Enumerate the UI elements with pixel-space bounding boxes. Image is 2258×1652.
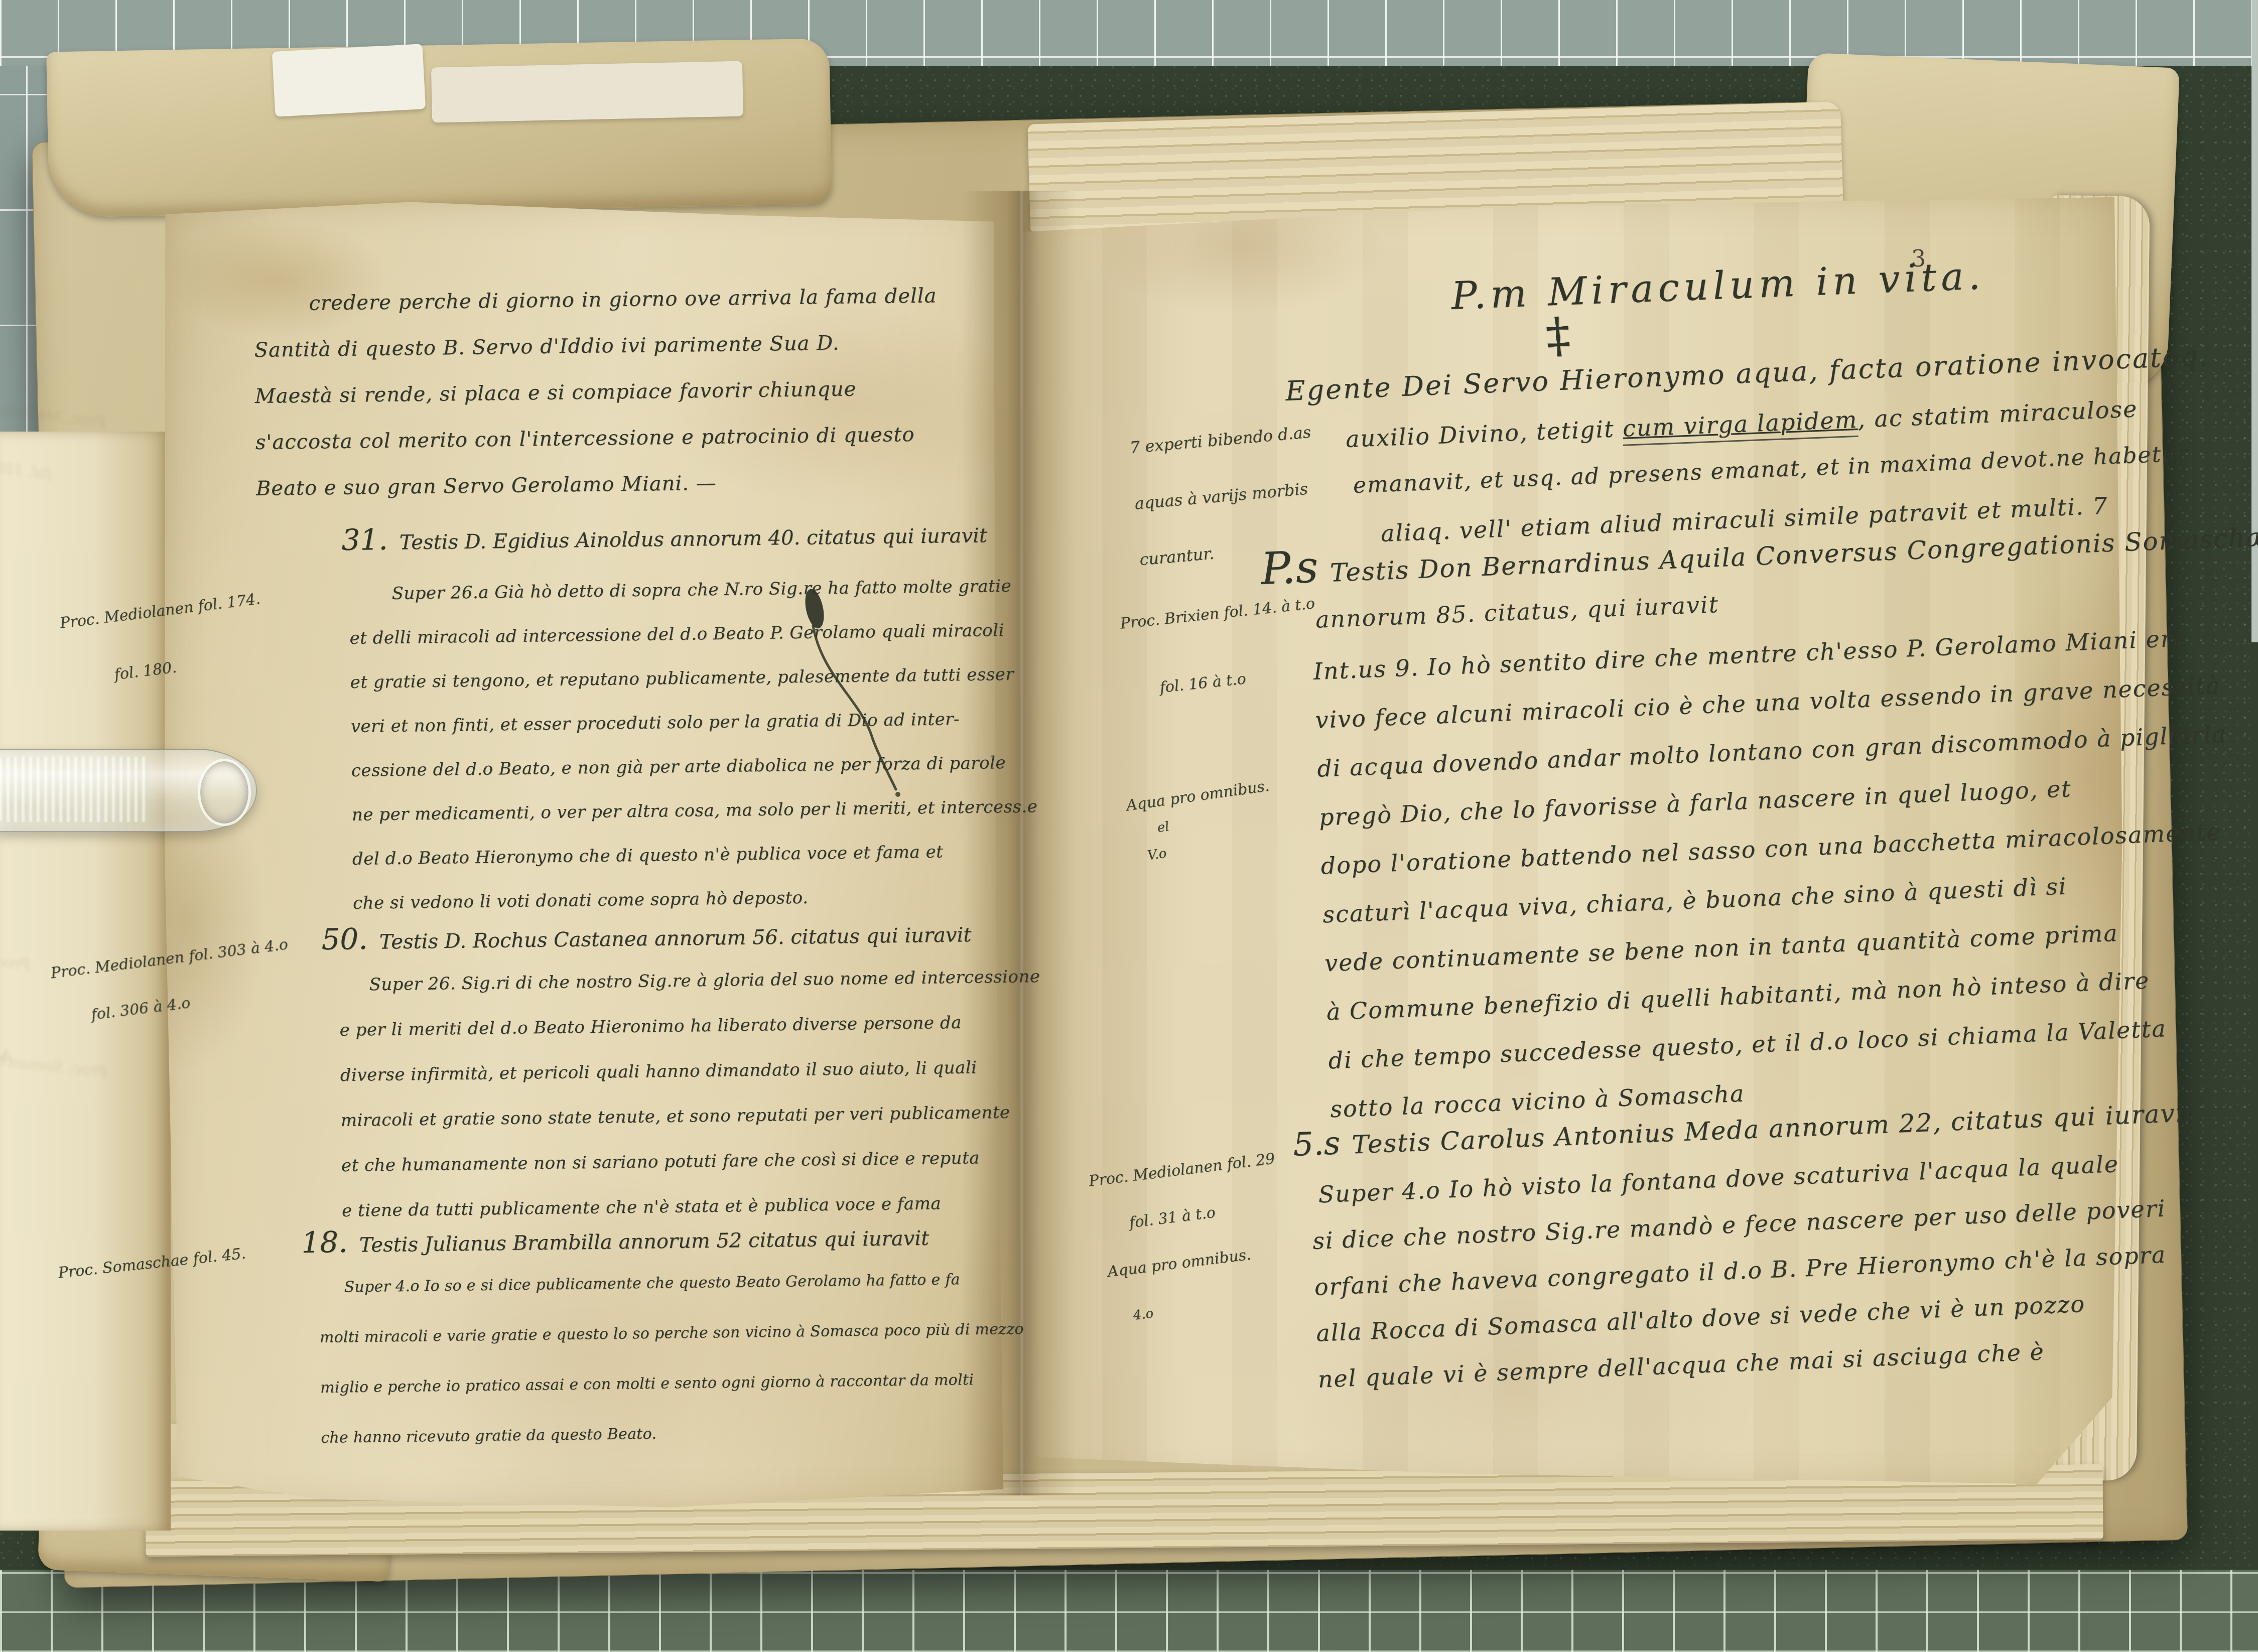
witness-heading-text: Testis D. Rochus Castanea annorum 56. ci… xyxy=(379,923,972,953)
latin-text: , ac statim miraculose xyxy=(1857,395,2138,433)
text-line: Super 26.a Già hò detto di sopra che N.r… xyxy=(391,564,1035,616)
text-line: Maestà si rende, si placa e si compiace … xyxy=(254,364,988,420)
margin-note: Aqua pro omnibus.elV.o xyxy=(1125,773,1279,871)
witness-entry-meda-body: Super 4.o Io hò visto la fontana dove sc… xyxy=(1310,1139,2172,1403)
latin-summary-line: emanavit, et usq. ad presens emanat, et … xyxy=(1353,441,2189,498)
witness-entry-50-body: Super 26. Sig.ri di che nostro Sig.re à … xyxy=(339,954,1043,1233)
text-line: che hanno ricevuto gratie da questo Beat… xyxy=(321,1405,1025,1463)
text-line: e per li meriti del d.o Beato Hieronimo … xyxy=(339,999,1041,1053)
text-line: Super 26. Sig.ri di che nostro Sig.re à … xyxy=(369,954,1040,1007)
margin-note: Proc. Brixien fol. 14. à t.ofol. 16 à t.… xyxy=(1117,570,1325,725)
loose-paper-slip xyxy=(431,61,743,123)
underlined-latin-text: cum virga lapidem xyxy=(1622,406,1858,446)
page-heading: P.m Miraculum in vita. xyxy=(1450,253,1985,318)
text-line: s'accosta col merito con l'intercessione… xyxy=(255,410,988,466)
text-line: credere perche di giorno in giorno ove a… xyxy=(253,272,987,327)
text-line: Santità di questo B. Servo d'Iddio ivi p… xyxy=(254,318,987,373)
ink-blot xyxy=(785,570,926,805)
text-line: ne per medicamenti, o ver per altra cosa… xyxy=(351,784,1037,837)
latin-summary-line: auxilio Divino, tetigit cum virga lapide… xyxy=(1345,395,2138,453)
witness-entry-18-body: Super 4.o Io so e si dice publicamente c… xyxy=(319,1254,1025,1463)
witness-entry-31-heading: 31. Testis D. Egidius Ainoldus annorum 4… xyxy=(341,515,987,557)
text-line: et gratie si tengono, et reputano public… xyxy=(350,652,1036,705)
loose-paper-slip xyxy=(272,44,426,117)
opening-paragraph: credere perche di giorno in giorno ove a… xyxy=(253,272,989,512)
witness-number: 31. xyxy=(341,522,388,557)
glass-page-weight[interactable] xyxy=(0,749,257,832)
margin-note: Proc. Mediolanen fol. 29fol. 31 à t.oAqu… xyxy=(1086,1136,1294,1342)
text-line: molti miracoli e varie gratie e questo l… xyxy=(319,1304,1024,1363)
witness-heading-text: Testis Julianus Brambilla annorum 52 cit… xyxy=(359,1227,929,1257)
text-line: et delli miracoli ad intercessione del d… xyxy=(349,608,1035,660)
left-page-text: credere perche di giorno in giorno ove a… xyxy=(166,201,999,1485)
text-line: Beato e suo gran Servo Gerolamo Miani. — xyxy=(255,457,989,512)
witness-heading-line2: annorum 85. citatus, qui iuravit xyxy=(1315,591,1719,633)
text-line: Super 4.o Io so e si dice publicamente c… xyxy=(344,1254,1023,1313)
right-page-text: 3 P.m Miraculum in vita. ‡ Egente Dei Se… xyxy=(1119,216,2173,1420)
witness-entry-18-heading: 18. Testis Julianus Brambilla annorum 52… xyxy=(301,1218,929,1260)
latin-text: auxilio Divino, tetigit xyxy=(1345,415,1623,453)
text-line: et che humanamente non si sariano potuti… xyxy=(341,1135,1042,1188)
witness-entry-50-heading: 50. Testis D. Rochus Castanea annorum 56… xyxy=(321,914,972,956)
margin-note: Proc. Mediolanen fol. 174.fol. 180. xyxy=(56,570,271,709)
text-line: cessione del d.o Beato, e non già per ar… xyxy=(351,740,1037,793)
text-line: diverse infirmità, et pericoli quali han… xyxy=(340,1044,1041,1098)
witness-number: 5.s xyxy=(1292,1125,1341,1164)
witness-number: 18. xyxy=(301,1225,348,1260)
witness-number: 50. xyxy=(321,922,368,956)
text-line: del d.o Beato Hieronymo che di questo n'… xyxy=(352,829,1038,881)
cross-mark-icon: ‡ xyxy=(1544,306,1572,364)
witness-heading-text: Testis D. Egidius Ainoldus annorum 40. c… xyxy=(400,524,988,554)
text-line: veri et non finti, et esser proceduti so… xyxy=(350,696,1036,749)
text-line: miracoli et gratie sono state tenute, et… xyxy=(340,1089,1042,1143)
glass-striations xyxy=(0,757,150,822)
witness-entry-bernardinus-body: Int.us 9. Io hò sentito dire che mentre … xyxy=(1312,612,2240,1134)
latin-summary-line: Egente Dei Servo Hieronymo aqua, facta o… xyxy=(1285,340,2210,407)
witness-entry-31-body: Super 26.a Già hò detto di sopra che N.r… xyxy=(349,564,1039,925)
glass-rounded-tip xyxy=(198,759,251,826)
text-line: miglio e perche io pratico assai e con m… xyxy=(320,1354,1024,1413)
scale-grid-bottom xyxy=(0,1570,2258,1652)
